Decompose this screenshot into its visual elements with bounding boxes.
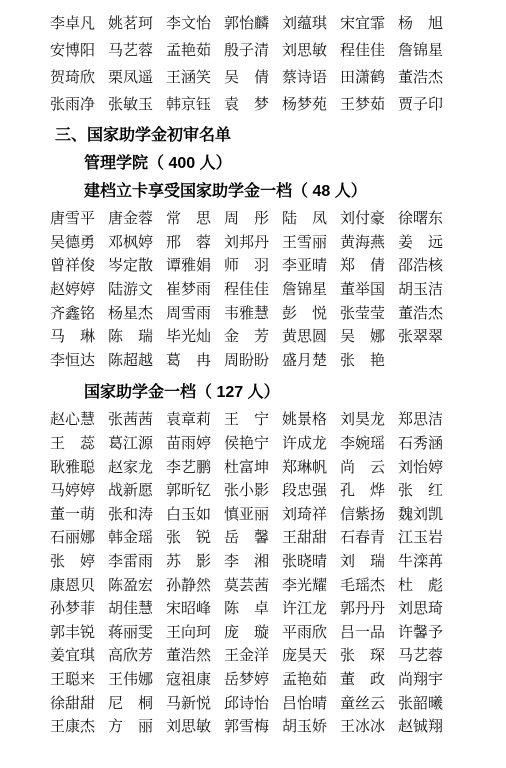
section-title: 三、国家助学金初审名单 [0, 121, 506, 150]
student-name: 陈盈宏 [108, 579, 166, 594]
student-name: 李雷雨 [108, 555, 166, 570]
student-name: 段忠强 [282, 484, 340, 499]
student-name: 郭雪梅 [224, 720, 282, 735]
student-name: 李光耀 [282, 579, 340, 594]
name-row: 齐鑫铭杨星杰周雪雨韦雅慧彭 悦张莹莹董浩杰 [0, 302, 506, 326]
student-name: 岳 馨 [224, 531, 282, 546]
student-name: 孙梦菲 [50, 602, 108, 617]
student-name: 邵浩核 [398, 259, 456, 274]
student-name: 李 湘 [224, 555, 282, 570]
student-name: 石秀涵 [398, 437, 456, 452]
student-name: 王聪来 [50, 673, 108, 688]
student-name: 韩京钰 [166, 98, 224, 113]
student-name: 苗雨婷 [166, 437, 224, 452]
name-row: 王康杰方 丽刘思敏郭雪梅胡玉娇王冰冰赵铖翔 [0, 716, 506, 740]
student-name: 詹锦星 [398, 44, 456, 59]
student-name: 陈超越 [108, 354, 166, 369]
name-row: 曾祥俊岑定散谭雅娟师 羽李亚晴郑 倩邵浩核 [0, 255, 506, 279]
student-name: 张韶曦 [398, 697, 456, 712]
student-name: 赵婷婷 [50, 283, 108, 298]
student-name: 董 政 [340, 673, 398, 688]
student-name: 殷子清 [224, 44, 282, 59]
student-name: 杨 旭 [398, 17, 456, 32]
student-name: 杜 彪 [398, 579, 456, 594]
name-row: 张 婷李雷雨苏 影李 湘张晓晴刘 瑞牛滦苒 [0, 551, 506, 575]
group2-title: 国家助学金一档（ 127 人） [0, 378, 506, 407]
student-name: 江玉岩 [398, 531, 456, 546]
student-name: 刘 瑞 [340, 555, 398, 570]
student-name: 唐雪平 [50, 212, 108, 227]
student-name: 师 羽 [224, 259, 282, 274]
student-name: 许江龙 [282, 602, 340, 617]
student-name: 常 思 [166, 212, 224, 227]
name-row: 王聪来王伟娜寇祖康岳梦婷孟艳茹董 政尚翔宇 [0, 669, 506, 693]
student-name: 黄海燕 [340, 236, 398, 251]
student-name: 马新悦 [166, 697, 224, 712]
student-name: 李艺鹏 [166, 461, 224, 476]
student-name: 吴 娜 [340, 330, 398, 345]
student-name: 杨梦苑 [282, 98, 340, 113]
name-row: 唐雪平唐金蓉常 思周 彤陆 凤刘付豪徐曙东 [0, 208, 506, 232]
student-name: 徐甜甜 [50, 697, 108, 712]
student-name: 葛江源 [108, 437, 166, 452]
student-name: 耿雅聪 [50, 461, 108, 476]
student-name: 毛瑶杰 [340, 579, 398, 594]
name-row: 马婷婷战新愿郭昕钇张小影段忠强孔 烨张 红 [0, 480, 506, 504]
student-name: 安博阳 [50, 44, 108, 59]
student-name: 张翠翠 [398, 330, 456, 345]
student-name: 胡佳慧 [108, 602, 166, 617]
student-name: 韦雅慧 [224, 307, 282, 322]
student-name: 邢 蓉 [166, 236, 224, 251]
student-name: 康恩贝 [50, 579, 108, 594]
student-name: 石春青 [340, 531, 398, 546]
student-name: 贺琦欣 [50, 71, 108, 86]
student-name: 王甜甜 [282, 531, 340, 546]
student-name: 蔡诗语 [282, 71, 340, 86]
student-name: 葛 冉 [166, 354, 224, 369]
document-page: 李卓凡姚茗珂李文怡郭怡麟刘蕴琪宋宜霏杨 旭安博阳马艺蓉孟艳茹殷子清刘思敏程佳佳詹… [0, 0, 506, 768]
name-row: 郭丰锐蒋丽雯王向珂庞 璇平雨欣吕一品许馨予 [0, 622, 506, 646]
student-name: 詹锦星 [282, 283, 340, 298]
student-name: 毕光灿 [166, 330, 224, 345]
student-name: 侯艳宁 [224, 437, 282, 452]
student-name: 郭怡麟 [224, 17, 282, 32]
student-name: 平雨欣 [282, 626, 340, 641]
student-name: 莫芸茜 [224, 579, 282, 594]
name-row: 安博阳马艺蓉孟艳茹殷子清刘思敏程佳佳詹锦星 [0, 38, 506, 65]
name-row: 董一萌张和涛白玉如慎亚丽刘琦祥信紫扬魏刘凯 [0, 504, 506, 528]
name-row: 李恒达陈超越葛 冉周盼盼盛月楚张 艳 [0, 350, 506, 374]
name-row: 孙梦菲胡佳慧宋昭峰陈 卓许江龙郭丹丹刘思琦 [0, 598, 506, 622]
student-name: 王向珂 [166, 626, 224, 641]
student-name: 王伟娜 [108, 673, 166, 688]
student-name: 吕怡晴 [282, 697, 340, 712]
student-name: 董举国 [340, 283, 398, 298]
student-name: 宋宜霏 [340, 17, 398, 32]
student-name: 蒋丽雯 [108, 626, 166, 641]
name-row: 王 蕊葛江源苗雨婷侯艳宁许成龙李婉瑶石秀涵 [0, 433, 506, 457]
student-name: 刘思敏 [282, 44, 340, 59]
name-row: 贺琦欣栗凤遥王涵笑吴 倩蔡诗语田潇鹤董浩杰 [0, 65, 506, 92]
student-name: 郑 倩 [340, 259, 398, 274]
student-name: 宋昭峰 [166, 602, 224, 617]
student-name: 程佳佳 [340, 44, 398, 59]
student-name: 王康杰 [50, 720, 108, 735]
college-title: 管理学院（ 400 人） [0, 150, 506, 177]
student-name: 刘邦丹 [224, 236, 282, 251]
name-row: 李卓凡姚茗珂李文怡郭怡麟刘蕴琪宋宜霏杨 旭 [0, 11, 506, 38]
student-name: 程佳佳 [224, 283, 282, 298]
student-name: 李文怡 [166, 17, 224, 32]
student-name: 寇祖康 [166, 673, 224, 688]
name-row: 耿雅聪赵家龙李艺鹏杜富坤郑琳帆尚 云刘怡婷 [0, 456, 506, 480]
name-row: 赵心慧张茜茜袁章莉王 宁姚景格刘昊龙郑思洁 [0, 409, 506, 433]
student-name: 姚景格 [282, 413, 340, 428]
student-name: 郑琳帆 [282, 461, 340, 476]
student-name: 贾子印 [398, 98, 456, 113]
student-name: 王冰冰 [340, 720, 398, 735]
student-name: 周盼盼 [224, 354, 282, 369]
student-name: 曾祥俊 [50, 259, 108, 274]
student-name: 王 宁 [224, 413, 282, 428]
student-name: 姚茗珂 [108, 17, 166, 32]
student-name: 孙静然 [166, 579, 224, 594]
name-row: 石丽娜韩金瑶张 锐岳 馨王甜甜石春青江玉岩 [0, 527, 506, 551]
student-name: 张 婷 [50, 555, 108, 570]
student-name: 袁章莉 [166, 413, 224, 428]
student-name: 马艺蓉 [398, 649, 456, 664]
student-name: 王雪丽 [282, 236, 340, 251]
student-name: 周雪雨 [166, 307, 224, 322]
student-name: 陈 卓 [224, 602, 282, 617]
student-name: 孔 烨 [340, 484, 398, 499]
student-name: 王涵笑 [166, 71, 224, 86]
student-name: 孟艳茹 [166, 44, 224, 59]
student-name: 刘怡婷 [398, 461, 456, 476]
student-name: 栗凤遥 [108, 71, 166, 86]
student-name: 韩金瑶 [108, 531, 166, 546]
student-name: 岑定散 [108, 259, 166, 274]
student-name: 郭丹丹 [340, 602, 398, 617]
student-name: 李卓凡 [50, 17, 108, 32]
student-name: 马婷婷 [50, 484, 108, 499]
student-name: 胡玉洁 [398, 283, 456, 298]
student-name: 唐金蓉 [108, 212, 166, 227]
student-name: 袁 梦 [224, 98, 282, 113]
student-name: 王 蕊 [50, 437, 108, 452]
student-name: 李婉瑶 [340, 437, 398, 452]
name-row: 马 琳陈 瑞毕光灿金 芳黄思圆吴 娜张翠翠 [0, 326, 506, 350]
student-name: 杨星杰 [108, 307, 166, 322]
student-name: 张和涛 [108, 508, 166, 523]
student-name: 牛滦苒 [398, 555, 456, 570]
student-name: 董浩杰 [398, 307, 456, 322]
student-name: 崔梦雨 [166, 283, 224, 298]
student-name: 庞昊天 [282, 649, 340, 664]
student-name: 张莹莹 [340, 307, 398, 322]
student-name: 岳梦婷 [224, 673, 282, 688]
student-name: 许馨予 [398, 626, 456, 641]
student-name: 张敏玉 [108, 98, 166, 113]
student-name: 慎亚丽 [224, 508, 282, 523]
name-row: 康恩贝陈盈宏孙静然莫芸茜李光耀毛瑶杰杜 彪 [0, 574, 506, 598]
student-name: 周 彤 [224, 212, 282, 227]
student-name: 姜 远 [398, 236, 456, 251]
student-name: 张小影 [224, 484, 282, 499]
student-name: 姜宜琪 [50, 649, 108, 664]
name-row: 吴德勇邓枫婷邢 蓉刘邦丹王雪丽黄海燕姜 远 [0, 232, 506, 256]
student-name: 杜富坤 [224, 461, 282, 476]
student-name: 石丽娜 [50, 531, 108, 546]
student-name: 魏刘凯 [398, 508, 456, 523]
student-name: 王金洋 [224, 649, 282, 664]
student-name: 吴德勇 [50, 236, 108, 251]
student-name: 刘琦祥 [282, 508, 340, 523]
student-name: 赵家龙 [108, 461, 166, 476]
student-name: 尚 云 [340, 461, 398, 476]
name-row: 赵婷婷陆游文崔梦雨程佳佳詹锦星董举国胡玉洁 [0, 279, 506, 303]
student-name: 刘蕴琪 [282, 17, 340, 32]
student-name: 董浩然 [166, 649, 224, 664]
student-name: 谭雅娟 [166, 259, 224, 274]
student-name: 胡玉娇 [282, 720, 340, 735]
name-row: 张雨净张敏玉韩京钰袁 梦杨梦苑王梦茹贾子印 [0, 92, 506, 119]
student-name: 张晓晴 [282, 555, 340, 570]
student-name: 刘思琦 [398, 602, 456, 617]
student-name: 王梦茹 [340, 98, 398, 113]
student-name: 吕一品 [340, 626, 398, 641]
student-name: 赵心慧 [50, 413, 108, 428]
student-name: 马艺蓉 [108, 44, 166, 59]
student-name: 吴 倩 [224, 71, 282, 86]
student-name: 齐鑫铭 [50, 307, 108, 322]
student-name: 苏 影 [166, 555, 224, 570]
student-name: 战新愿 [108, 484, 166, 499]
student-name: 许成龙 [282, 437, 340, 452]
student-name: 陈 瑞 [108, 330, 166, 345]
student-name: 郑思洁 [398, 413, 456, 428]
student-name: 郭丰锐 [50, 626, 108, 641]
student-name: 盛月楚 [282, 354, 340, 369]
student-name: 刘付豪 [340, 212, 398, 227]
student-name: 邱诗怡 [224, 697, 282, 712]
student-name: 信紫扬 [340, 508, 398, 523]
student-name: 马 琳 [50, 330, 108, 345]
group1-title: 建档立卡享受国家助学金一档（ 48 人） [0, 177, 506, 206]
student-name: 方 丽 [108, 720, 166, 735]
student-name: 尼 桐 [108, 697, 166, 712]
group1-name-list: 唐雪平唐金蓉常 思周 彤陆 凤刘付豪徐曙东吴德勇邓枫婷邢 蓉刘邦丹王雪丽黄海燕姜… [0, 208, 506, 373]
student-name: 童丝云 [340, 697, 398, 712]
student-name: 董浩杰 [398, 71, 456, 86]
student-name: 张 琛 [340, 649, 398, 664]
student-name: 陆游文 [108, 283, 166, 298]
student-name: 赵铖翔 [398, 720, 456, 735]
student-name: 李亚晴 [282, 259, 340, 274]
student-name: 白玉如 [166, 508, 224, 523]
student-name: 邓枫婷 [108, 236, 166, 251]
student-name: 刘昊龙 [340, 413, 398, 428]
student-name: 金 芳 [224, 330, 282, 345]
student-name: 田潇鹤 [340, 71, 398, 86]
student-name: 张茜茜 [108, 413, 166, 428]
student-name: 黄思圆 [282, 330, 340, 345]
student-name: 孟艳茹 [282, 673, 340, 688]
name-row: 姜宜琪高欣芳董浩然王金洋庞昊天张 琛马艺蓉 [0, 645, 506, 669]
student-name: 刘思敏 [166, 720, 224, 735]
student-name: 彭 悦 [282, 307, 340, 322]
group2-name-list: 赵心慧张茜茜袁章莉王 宁姚景格刘昊龙郑思洁王 蕊葛江源苗雨婷侯艳宁许成龙李婉瑶石… [0, 409, 506, 739]
intro-name-list: 李卓凡姚茗珂李文怡郭怡麟刘蕴琪宋宜霏杨 旭安博阳马艺蓉孟艳茹殷子清刘思敏程佳佳詹… [0, 11, 506, 119]
student-name: 徐曙东 [398, 212, 456, 227]
student-name: 尚翔宇 [398, 673, 456, 688]
student-name: 张 锐 [166, 531, 224, 546]
student-name: 张雨净 [50, 98, 108, 113]
name-row: 徐甜甜尼 桐马新悦邱诗怡吕怡晴童丝云张韶曦 [0, 692, 506, 716]
student-name: 董一萌 [50, 508, 108, 523]
student-name: 庞 璇 [224, 626, 282, 641]
student-name: 李恒达 [50, 354, 108, 369]
student-name: 陆 凤 [282, 212, 340, 227]
student-name: 高欣芳 [108, 649, 166, 664]
student-name: 张 艳 [340, 354, 398, 369]
student-name: 张 红 [398, 484, 456, 499]
student-name: 郭昕钇 [166, 484, 224, 499]
